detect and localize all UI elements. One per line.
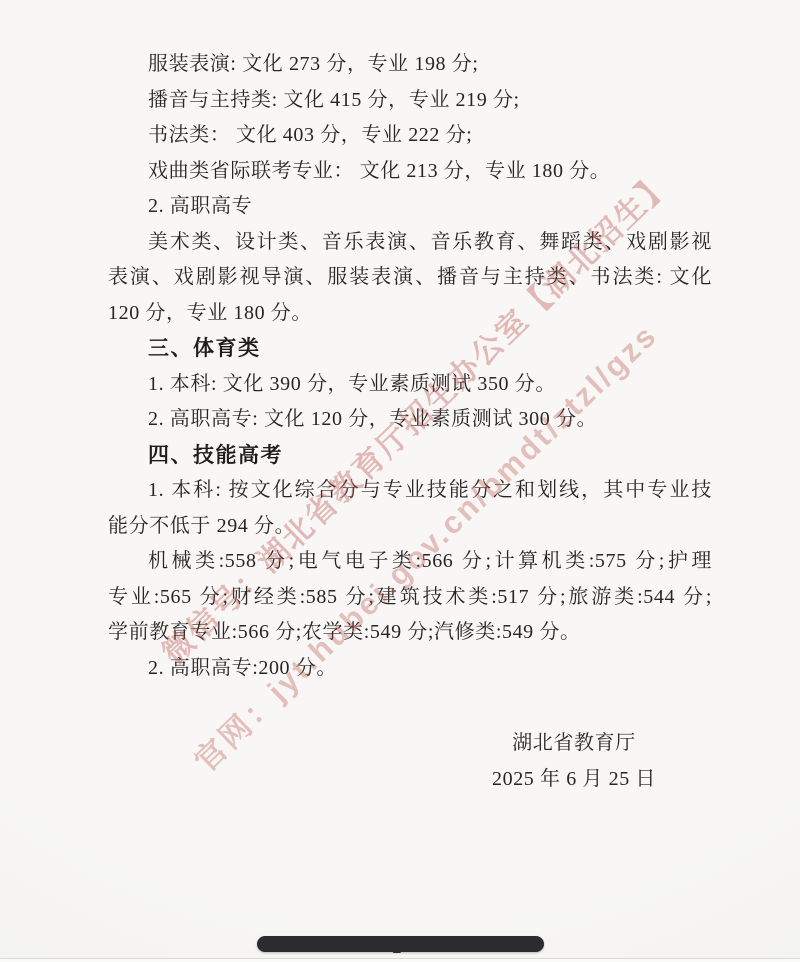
signature-date: 2025 年 6 月 25 日 <box>486 761 662 797</box>
signature-issuer: 湖北省教育厅 <box>486 725 662 761</box>
section-heading-sports: 三、体育类 <box>108 331 712 367</box>
line-skills-undergrad-2: 能分不低于 294 分。 <box>108 509 712 545</box>
line-fashion-performance: 服装表演: 文化 273 分，专业 198 分; <box>108 47 712 83</box>
line-art-categories-2: 表演、戏剧影视导演、服装表演、播音与主持类、书法类: 文化 <box>108 260 712 296</box>
line-skills-undergrad-1: 1. 本科: 按文化综合分与专业技能分之和划线，其中专业技 <box>108 473 712 509</box>
line-skills-scores-3: 学前教育专业:566 分;农学类:549 分;汽修类:549 分。 <box>108 615 712 651</box>
line-vocational-heading: 2. 高职高专 <box>108 189 712 225</box>
line-art-categories-1: 美术类、设计类、音乐表演、音乐教育、舞蹈类、戏剧影视 <box>108 225 712 261</box>
signature-block: 湖北省教育厅 2025 年 6 月 25 日 <box>486 725 662 797</box>
line-broadcast-hosting: 播音与主持类: 文化 415 分，专业 219 分; <box>108 83 712 119</box>
line-skills-scores-1: 机械类:558 分;电气电子类:566 分;计算机类:575 分;护理 <box>108 544 712 580</box>
line-skills-vocational: 2. 高职高专:200 分。 <box>108 651 712 687</box>
line-sports-undergrad: 1. 本科: 文化 390 分，专业素质测试 350 分。 <box>108 367 712 403</box>
home-indicator-bar[interactable] <box>257 936 544 952</box>
line-art-categories-3: 120 分，专业 180 分。 <box>108 296 712 332</box>
line-sports-vocational: 2. 高职高专: 文化 120 分，专业素质测试 300 分。 <box>108 402 712 438</box>
document-body: 服装表演: 文化 273 分，专业 198 分; 播音与主持类: 文化 415 … <box>108 47 712 797</box>
line-skills-scores-2: 专业:565 分;财经类:585 分;建筑技术类:517 分;旅游类:544 分… <box>108 580 712 616</box>
line-calligraphy: 书法类： 文化 403 分，专业 222 分; <box>108 118 712 154</box>
document-page: 服装表演: 文化 273 分，专业 198 分; 播音与主持类: 文化 415 … <box>0 0 800 962</box>
page-bottom-edge <box>0 958 800 962</box>
section-heading-skills: 四、技能高考 <box>108 438 712 474</box>
line-opera-joint-exam: 戏曲类省际联考专业： 文化 213 分，专业 180 分。 <box>108 154 712 190</box>
